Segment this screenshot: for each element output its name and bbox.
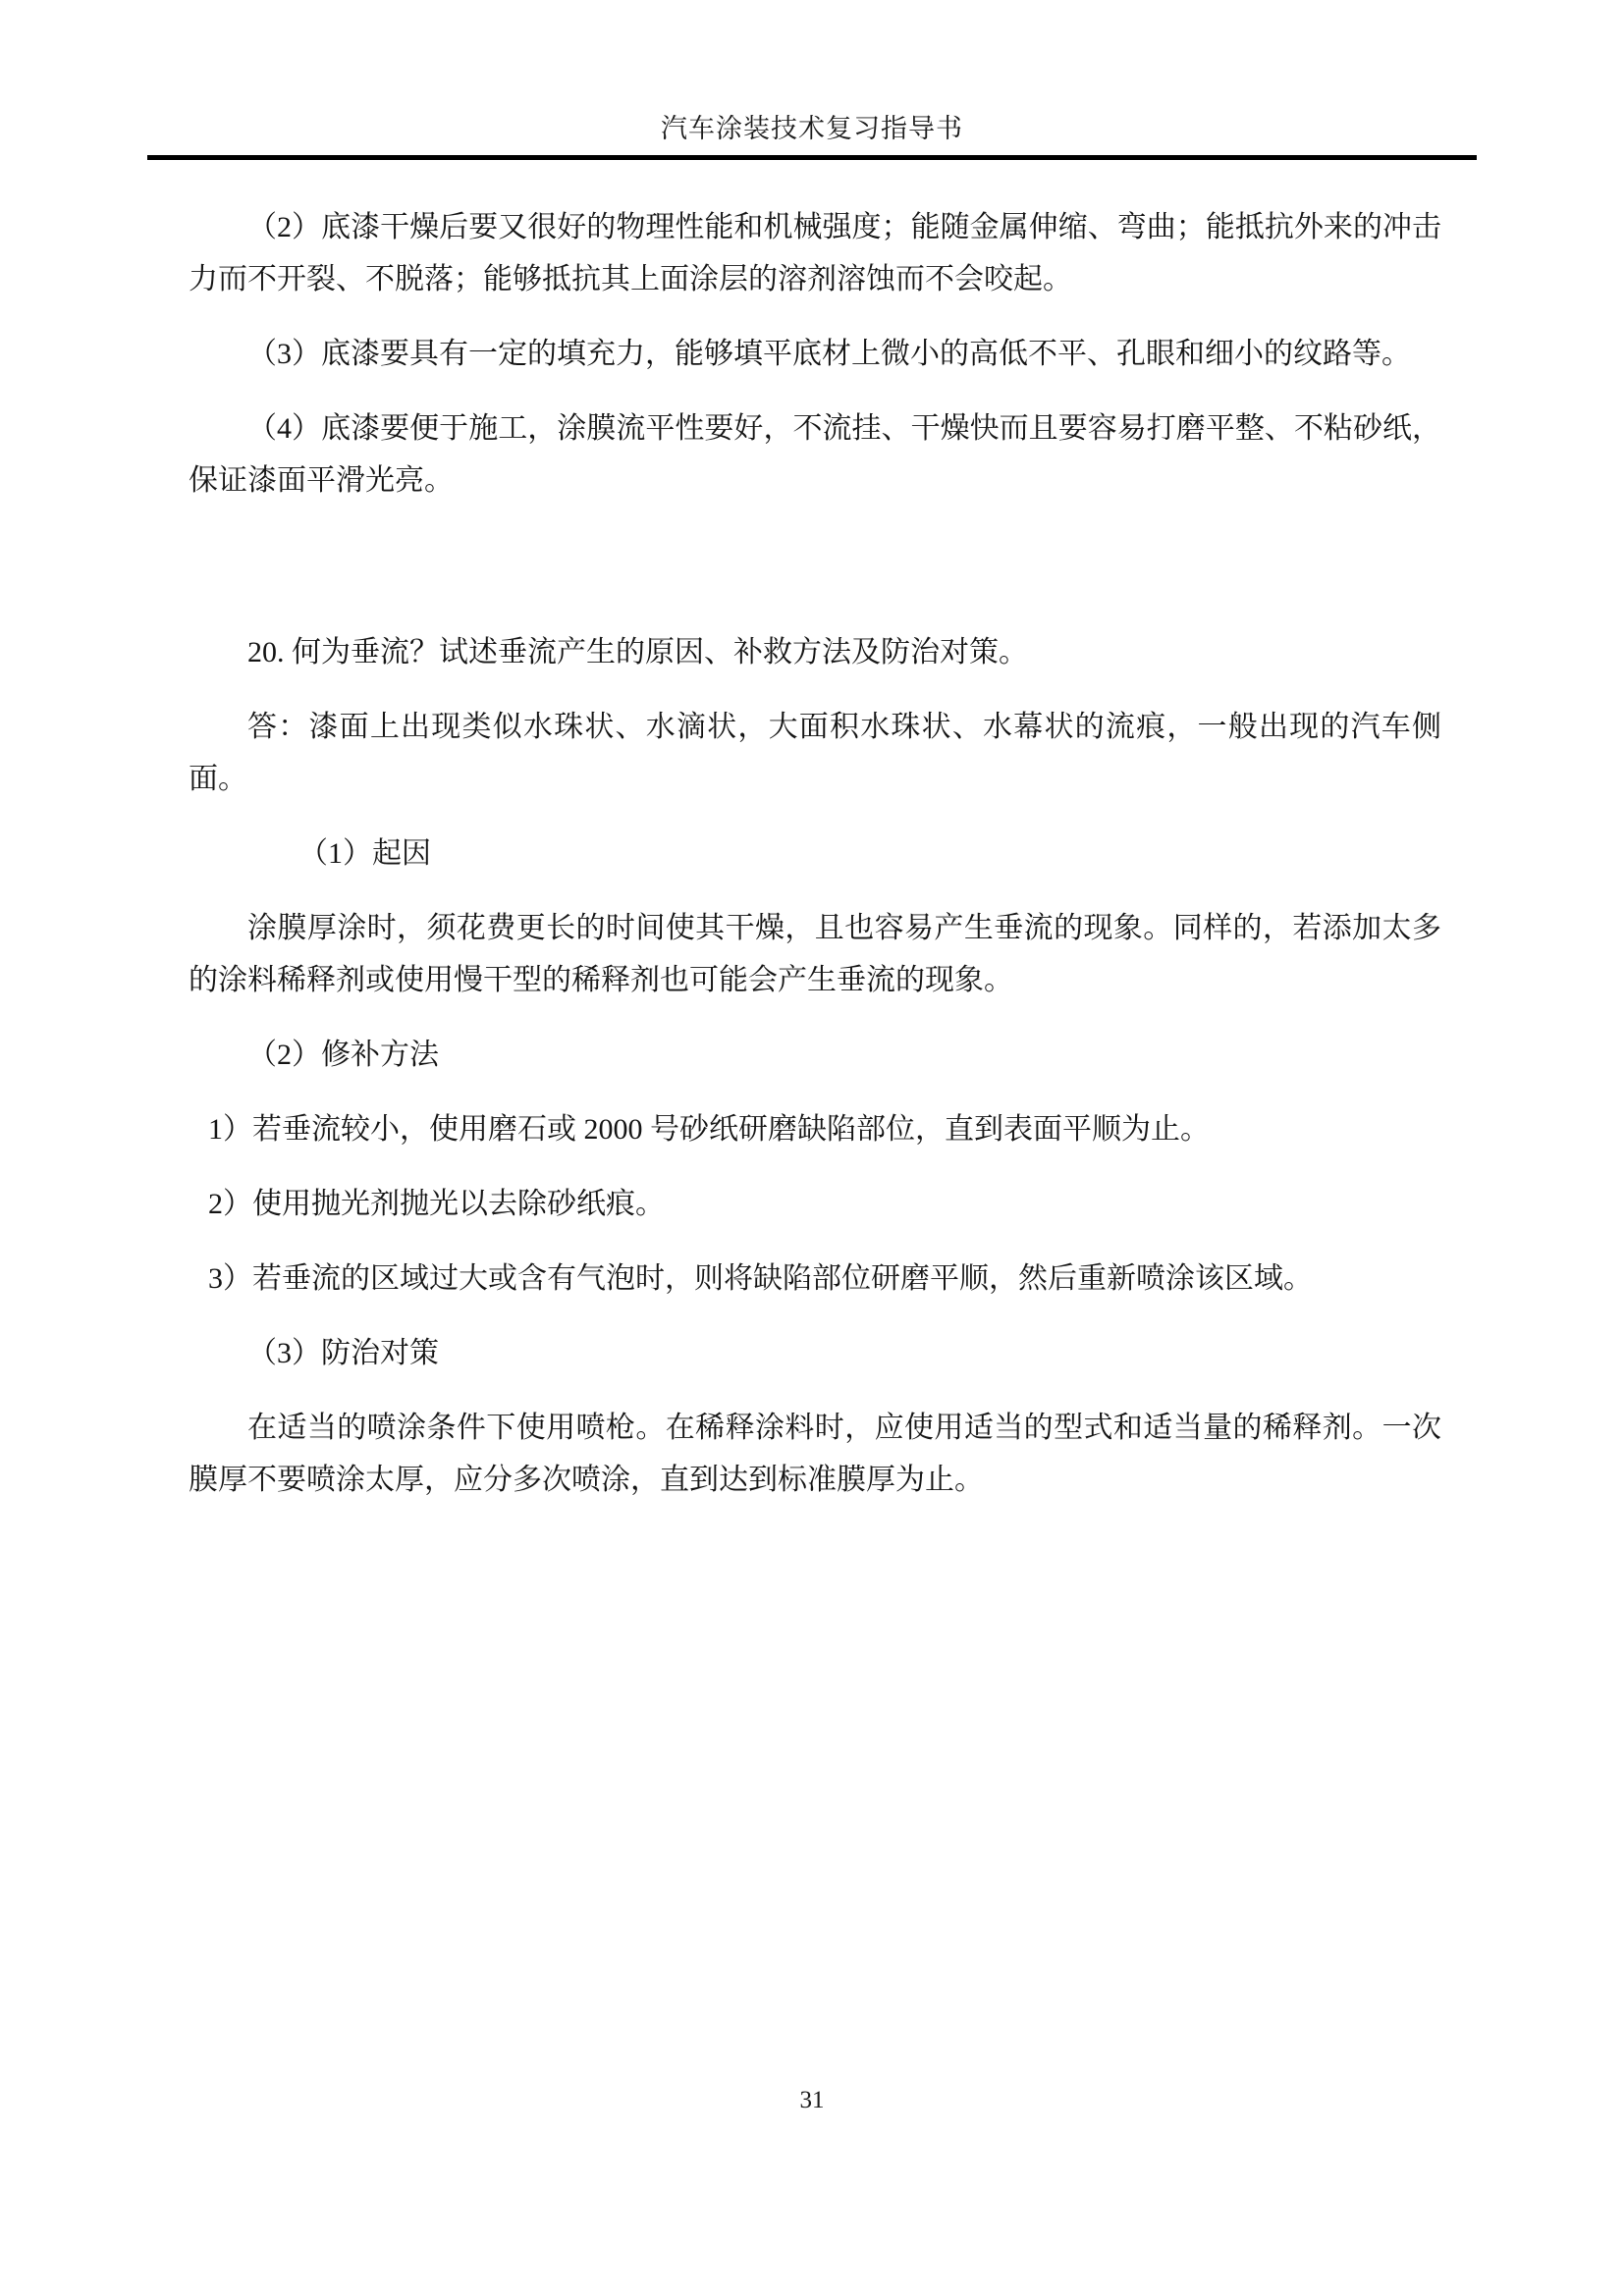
paragraph: （2）底漆干燥后要又很好的物理性能和机械强度；能随金属伸缩、弯曲；能抵抗外来的冲… xyxy=(189,201,1441,305)
document-body: （2）底漆干燥后要又很好的物理性能和机械强度；能随金属伸缩、弯曲；能抵抗外来的冲… xyxy=(189,201,1441,1506)
paragraph: 20. 何为垂流？试述垂流产生的原因、补救方法及防治对策。 xyxy=(189,626,1441,678)
paragraph: （3）底漆要具有一定的填充力，能够填平底材上微小的高低不平、孔眼和细小的纹路等。 xyxy=(189,328,1441,380)
paragraph: 3）若垂流的区域过大或含有气泡时，则将缺陷部位研磨平顺，然后重新喷涂该区域。 xyxy=(189,1253,1441,1305)
running-head-title: 汽车涂装技术复习指导书 xyxy=(0,114,1624,143)
paragraph: 2）使用抛光剂抛光以去除砂纸痕。 xyxy=(189,1178,1441,1230)
page-header: 汽车涂装技术复习指导书 xyxy=(0,0,1624,160)
paragraph: 在适当的喷涂条件下使用喷枪。在稀释涂料时，应使用适当的型式和适当量的稀释剂。一次… xyxy=(189,1402,1441,1506)
paragraph: 涂膜厚涂时，须花费更长的时间使其干燥，且也容易产生垂流的现象。同样的，若添加太多… xyxy=(189,902,1441,1006)
header-rule xyxy=(147,155,1477,160)
paragraph: （2）修补方法 xyxy=(189,1029,1441,1081)
paragraph: 答：漆面上出现类似水珠状、水滴状，大面积水珠状、水幕状的流痕，一般出现的汽车侧面… xyxy=(189,701,1441,805)
paragraph: 1）若垂流较小，使用磨石或 2000 号砂纸研磨缺陷部位，直到表面平顺为止。 xyxy=(189,1103,1441,1155)
document-page: 汽车涂装技术复习指导书 （2）底漆干燥后要又很好的物理性能和机械强度；能随金属伸… xyxy=(0,0,1624,2296)
page-number: 31 xyxy=(800,2087,825,2113)
paragraph: （3）防治对策 xyxy=(189,1327,1441,1379)
page-footer: 31 xyxy=(0,2087,1624,2114)
paragraph: （4）底漆要便于施工，涂膜流平性要好，不流挂、干燥快而且要容易打磨平整、不粘砂纸… xyxy=(189,402,1441,507)
paragraph: （1）起因 xyxy=(189,828,1441,880)
